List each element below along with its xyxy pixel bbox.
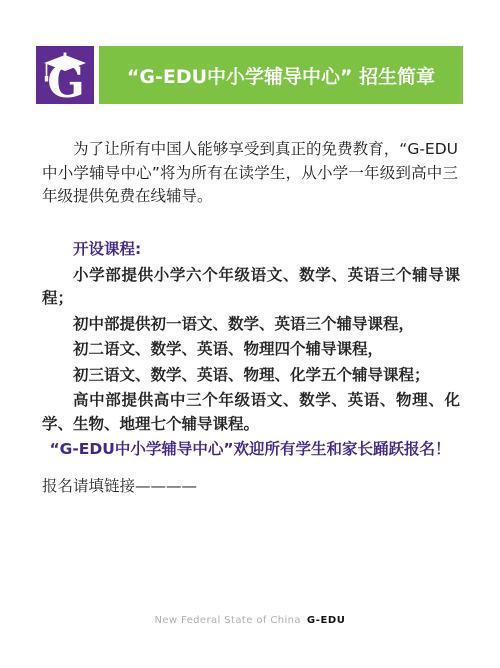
courses-section: 开设课程: 小学部提供小学六个年级语文、数学、英语三个辅导课程； 初中部提供初一…	[42, 238, 460, 438]
flyer-page: G “G-EDU中小学辅导中心” 招生简章 为了让所有中国人能够享受到真正的免费…	[0, 0, 500, 668]
footer: New Federal State of ChinaG-EDU	[0, 615, 500, 626]
signup-link-line: 报名请填链接————	[42, 474, 458, 496]
header-banner: “G-EDU中小学辅导中心” 招生简章	[99, 46, 463, 104]
intro-paragraph: 为了让所有中国人能够享受到真正的免费教育，“G-EDU中小学辅导中心”将为所有在…	[42, 138, 458, 209]
courses-heading: 开设课程:	[42, 238, 460, 262]
welcome-line: “G-EDU中小学辅导中心”欢迎所有学生和家长踊跃报名！	[20, 437, 480, 459]
footer-org-name: New Federal State of China	[154, 615, 300, 626]
course-item-senior: 高中部提供高中三个年级语文、数学、英语、物理、化学、生物、地理七个辅导课程。	[42, 389, 460, 436]
course-item-junior3: 初三语文、数学、英语、物理、化学五个辅导课程；	[42, 364, 460, 388]
course-item-junior1: 初中部提供初一语文、数学、英语三个辅导课程，	[42, 313, 460, 337]
page-title: “G-EDU中小学辅导中心” 招生简章	[127, 62, 435, 89]
g-edu-logo-icon: G	[36, 46, 94, 104]
footer-brand: G-EDU	[307, 615, 346, 626]
course-item-junior2: 初二语文、数学、英语、物理四个辅导课程，	[42, 338, 460, 362]
course-item-primary: 小学部提供小学六个年级语文、数学、英语三个辅导课程；	[42, 264, 460, 311]
graduation-cap-g-icon: G	[36, 46, 94, 104]
header: G “G-EDU中小学辅导中心” 招生简章	[36, 46, 463, 104]
